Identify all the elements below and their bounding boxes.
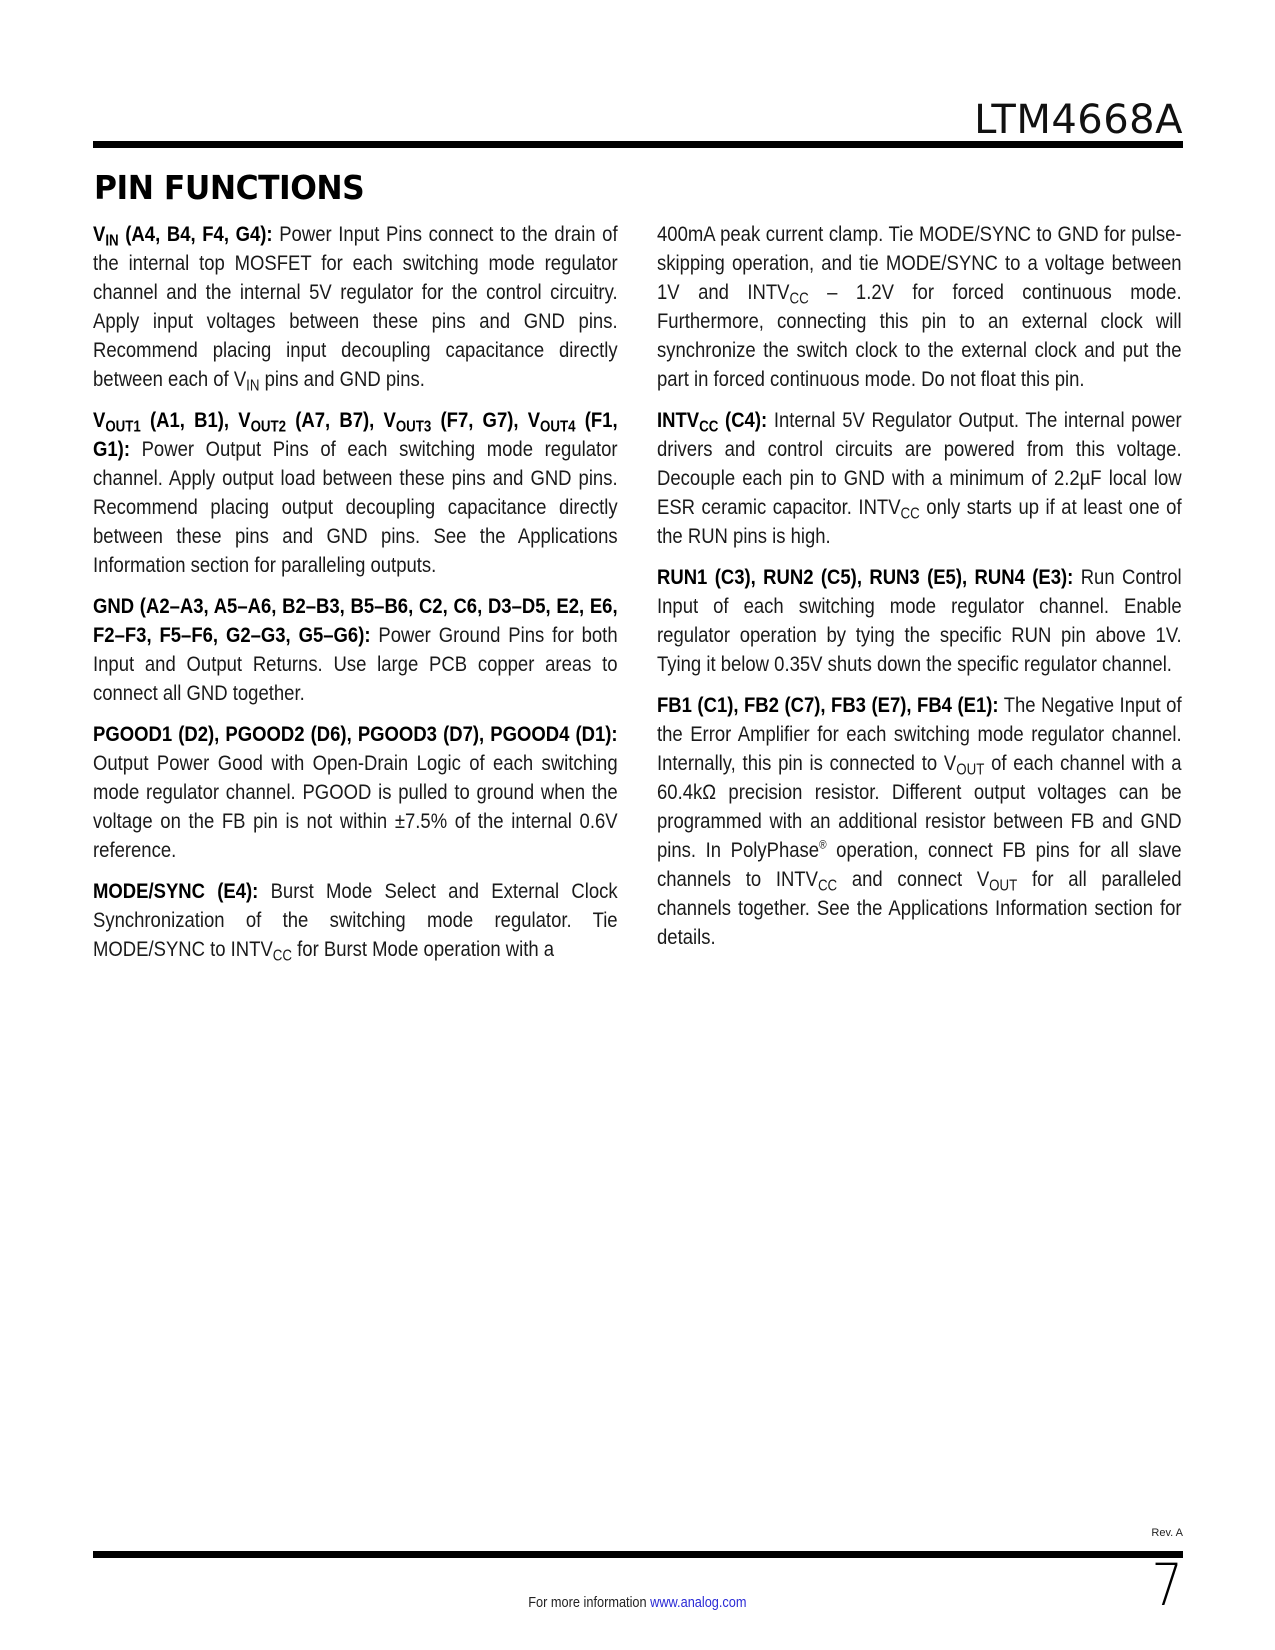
pin-description-vout: VOUT1 (A1, B1), VOUT2 (A7, B7), VOUT3 (F… — [93, 406, 618, 580]
revision-label: Rev. A — [1151, 1527, 1183, 1539]
pin-label-pgood: PGOOD1 (D2), PGOOD2 (D6), PGOOD3 (D7), P… — [93, 722, 618, 746]
pin-description-vin: VIN (A4, B4, F4, G4): Power Input Pins c… — [93, 220, 618, 394]
pin-label-mode-sync: MODE/SYNC (E4): — [93, 879, 258, 903]
pin-description-mode-sync-continued: 400mA peak current clamp. Tie MODE/SYNC … — [657, 220, 1182, 394]
footer-info: For more information www.analog.com — [0, 1594, 1275, 1611]
pin-description-run: RUN1 (C3), RUN2 (C5), RUN3 (E5), RUN4 (E… — [657, 563, 1182, 679]
pin-label-vin: VIN (A4, B4, F4, G4): — [93, 222, 273, 246]
document-part-number: LTM4668A — [974, 100, 1183, 140]
pin-description-gnd: GND (A2–A3, A5–A6, B2–B3, B5–B6, C2, C6,… — [93, 592, 618, 708]
pin-description-mode-sync: MODE/SYNC (E4): Burst Mode Select and Ex… — [93, 877, 618, 964]
footer-rule — [93, 1551, 1183, 1558]
header-rule — [93, 141, 1183, 148]
website-link[interactable]: www.analog.com — [650, 1594, 746, 1611]
description-text: Output Power Good with Open-Drain Logic … — [93, 751, 618, 862]
pin-description-fb: FB1 (C1), FB2 (C7), FB3 (E7), FB4 (E1): … — [657, 691, 1182, 952]
footer-info-text: For more information — [528, 1594, 650, 1611]
left-column: VIN (A4, B4, F4, G4): Power Input Pins c… — [93, 220, 618, 976]
pin-label-intvcc: INTVCC (C4): — [657, 408, 767, 432]
pin-label-fb: FB1 (C1), FB2 (C7), FB3 (E7), FB4 (E1): — [657, 693, 999, 717]
pin-description-pgood: PGOOD1 (D2), PGOOD2 (D6), PGOOD3 (D7), P… — [93, 720, 618, 865]
right-column: 400mA peak current clamp. Tie MODE/SYNC … — [657, 220, 1182, 964]
pin-description-intvcc: INTVCC (C4): Internal 5V Regulator Outpu… — [657, 406, 1182, 551]
description-text: Power Input Pins connect to the drain of… — [93, 222, 618, 391]
description-text: Power Output Pins of each switching mode… — [93, 437, 618, 577]
section-title: PIN FUNCTIONS — [94, 168, 364, 208]
pin-label-run: RUN1 (C3), RUN2 (C5), RUN3 (E5), RUN4 (E… — [657, 565, 1073, 589]
